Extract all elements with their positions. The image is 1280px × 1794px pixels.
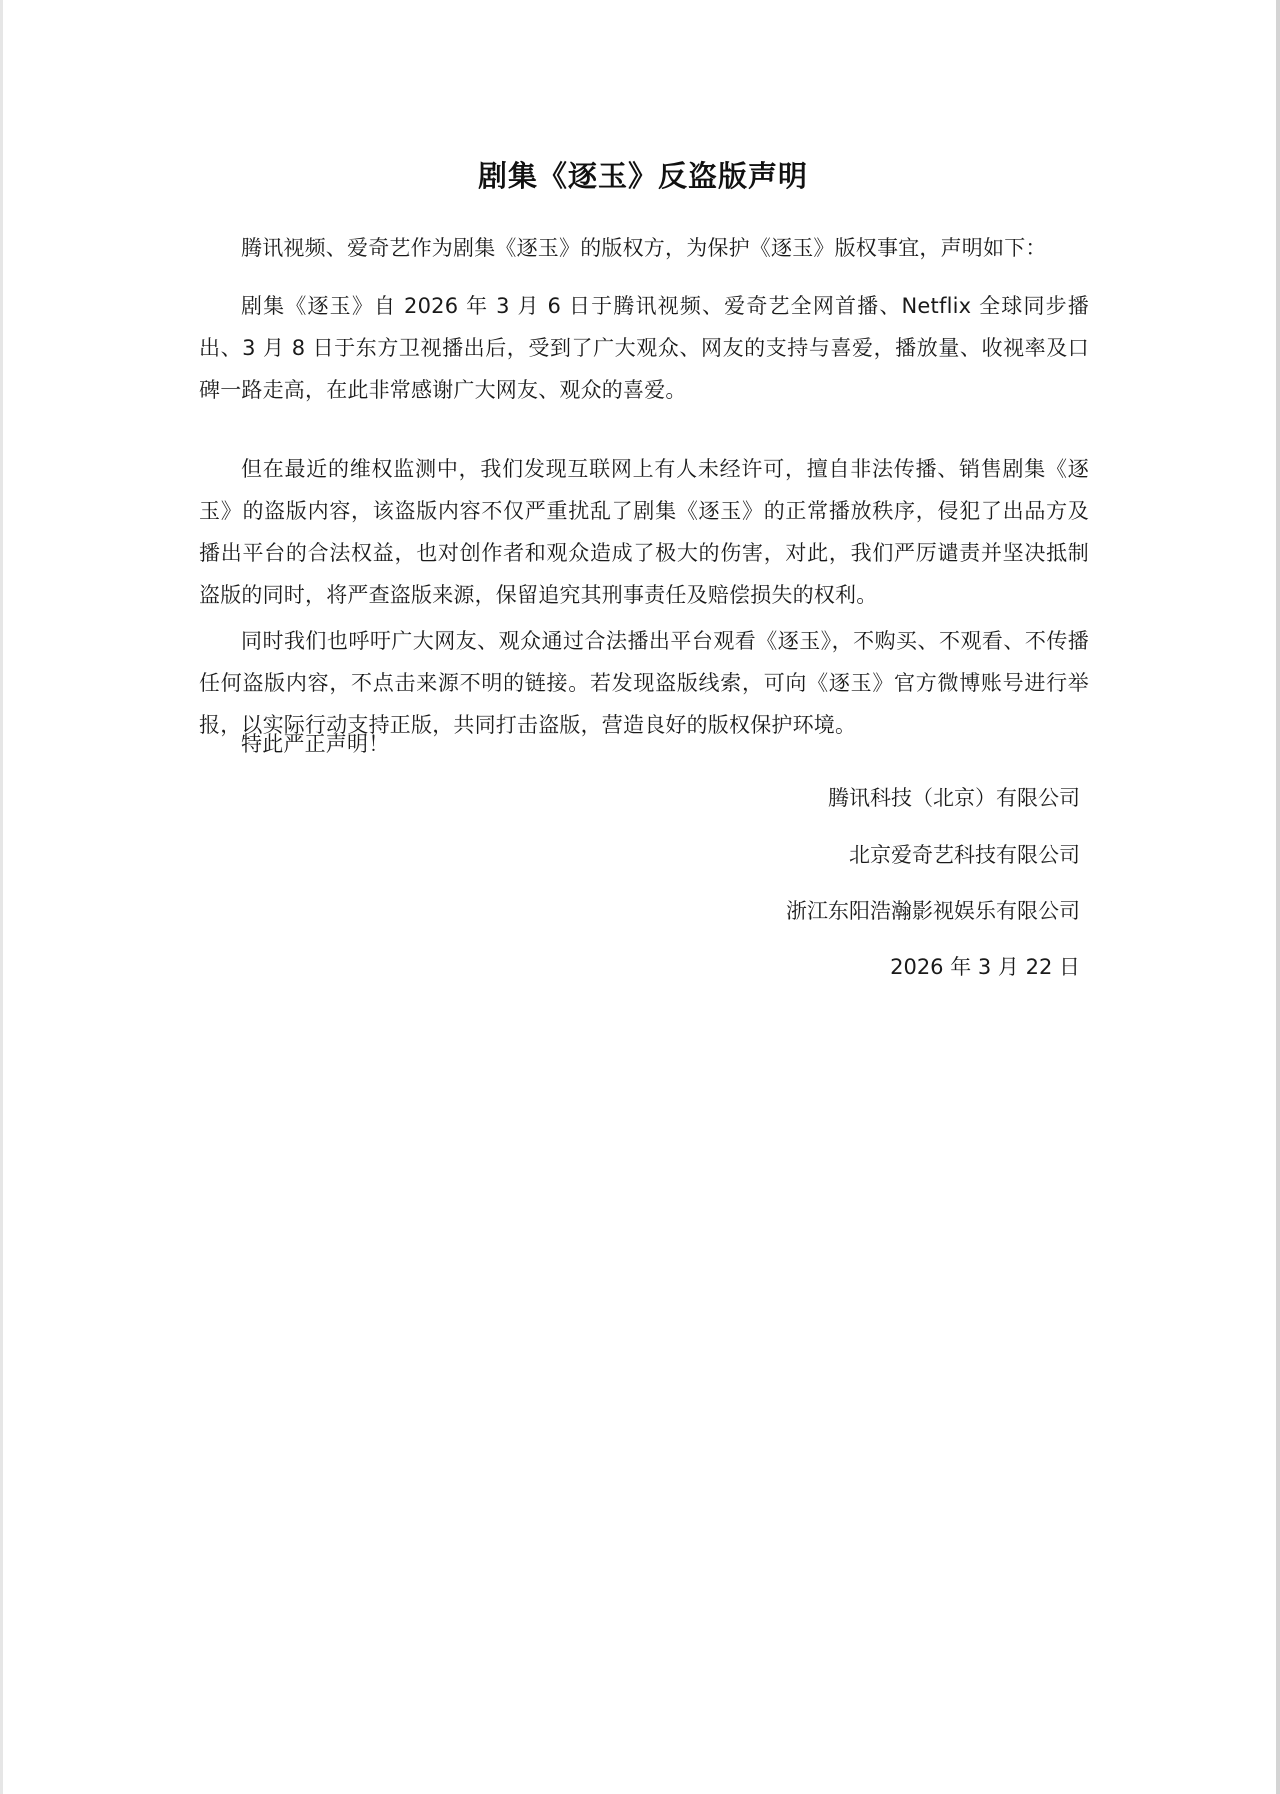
signatory-tencent: 腾讯科技（北京）有限公司 [828,782,1080,814]
signatory-iqiyi: 北京爱奇艺科技有限公司 [849,839,1080,871]
paragraph-broadcast-info: 剧集《逐玉》自 2026 年 3 月 6 日于腾讯视频、爱奇艺全网首播、Netf… [199,285,1089,411]
paragraph-closing: 特此严正声明！ [199,723,1089,765]
paragraph-intro: 腾讯视频、爱奇艺作为剧集《逐玉》的版权方，为保护《逐玉》版权事宜，声明如下： [199,227,1089,269]
statement-date: 2026 年 3 月 22 日 [890,951,1080,983]
paragraph-piracy-found: 但在最近的维权监测中，我们发现互联网上有人未经许可，擅自非法传播、销售剧集《逐玉… [199,448,1089,616]
document-page: 剧集《逐玉》反盗版声明 腾讯视频、爱奇艺作为剧集《逐玉》的版权方，为保护《逐玉》… [0,0,1280,1794]
signatory-haohan: 浙江东阳浩瀚影视娱乐有限公司 [786,895,1080,927]
document-title: 剧集《逐玉》反盗版声明 [3,156,1280,196]
